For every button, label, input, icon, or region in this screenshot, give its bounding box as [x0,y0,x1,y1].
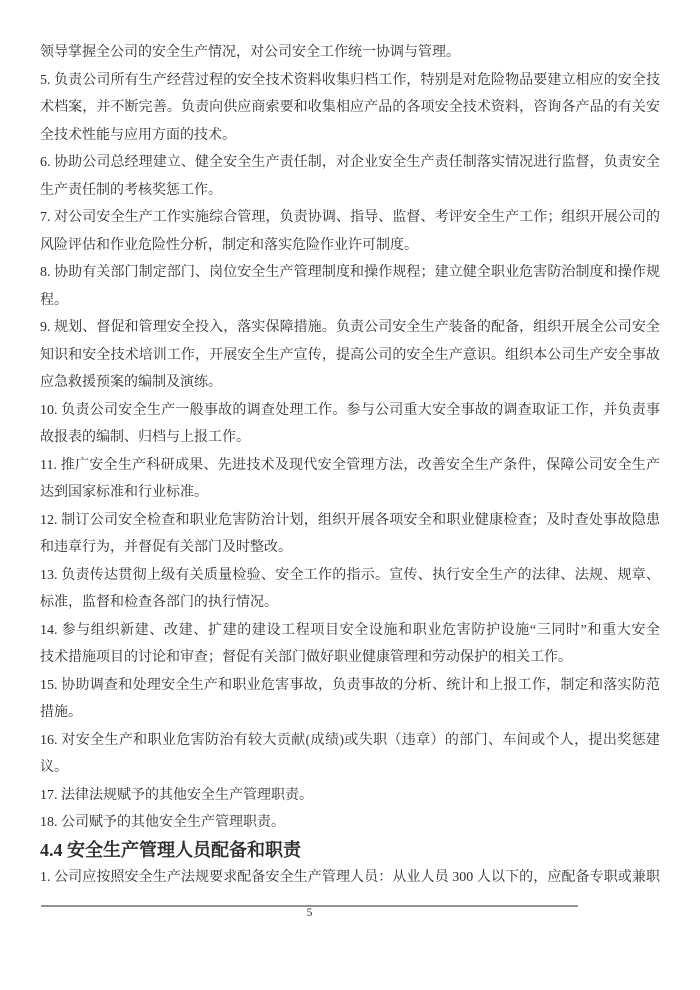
text-line: 6. 协助公司总经理建立、健全安全生产责任制，对企业安全生产责任制落实情况进行监… [40,149,660,177]
text-line: 技术措施项目的讨论和审查；督促有关部门做好职业健康管理和劳动保护的相关工作。 [40,644,660,672]
text-line: 措施。 [40,699,660,727]
text-line: 故报表的编制、归档与上报工作。 [40,424,660,452]
text-line: 标准，监督和检查各部门的执行情况。 [40,589,660,617]
text-line: 知识和安全技术培训工作，开展安全生产宣传，提高公司的安全生产意识。组织本公司生产… [40,342,660,370]
text-line: 8. 协助有关部门制定部门、岗位安全生产管理制度和操作规程；建立健全职业危害防治… [40,259,660,287]
text-line: 11. 推广安全生产科研成果、先进技术及现代安全管理方法，改善安全生产条件，保障… [40,452,660,480]
page-number: 5 [41,906,578,920]
text-line: 风险评估和作业危险性分析，制定和落实危险作业许可制度。 [40,232,660,260]
text-line: 7. 对公司安全生产工作实施综合管理，负责协调、指导、监督、考评安全生产工作；组… [40,204,660,232]
text-line: 议。 [40,754,660,782]
text-line: 5. 负责公司所有生产经营过程的安全技术资料收集归档工作，特别是对危险物品要建立… [40,67,660,95]
text-line: 1. 公司应按照安全生产法规要求配备安全生产管理人员：从业人员 300 人以下的… [40,864,660,892]
text-line: 9. 规划、督促和管理安全投入，落实保障措施。负责公司安全生产装备的配备，组织开… [40,314,660,342]
text-line: 术档案，并不断完善。负责向供应商索要和收集相应产品的各项安全技术资料，咨询各产品… [40,94,660,122]
section-heading: 4.4 安全生产管理人员配备和职责 [40,837,660,865]
document-body: 领导掌握全公司的安全生产情况，对公司安全工作统一协调与管理。5. 负责公司所有生… [40,39,660,892]
text-line: 18. 公司赋予的其他安全生产管理职责。 [40,809,660,837]
document-page: 领导掌握全公司的安全生产情况，对公司安全工作统一协调与管理。5. 负责公司所有生… [0,0,700,990]
text-line: 和违章行为，并督促有关部门及时整改。 [40,534,660,562]
text-line: 应急救援预案的编制及演练。 [40,369,660,397]
text-line: 13. 负责传达贯彻上级有关质量检验、安全工作的指示。宣传、执行安全生产的法律、… [40,562,660,590]
text-line: 14. 参与组织新建、改建、扩建的建设工程项目安全设施和职业危害防护设施“三同时… [40,617,660,645]
text-line: 10. 负责公司安全生产一般事故的调查处理工作。参与公司重大安全事故的调查取证工… [40,397,660,425]
text-line: 生产责任制的考核奖惩工作。 [40,177,660,205]
text-line: 15. 协助调查和处理安全生产和职业危害事故，负责事故的分析、统计和上报工作，制… [40,672,660,700]
text-line: 12. 制订公司安全检查和职业危害防治计划，组织开展各项安全和职业健康检查；及时… [40,507,660,535]
text-line: 17. 法律法规赋予的其他安全生产管理职责。 [40,782,660,810]
text-line: 16. 对安全生产和职业危害防治有较大贡献(成绩)或失职（违章）的部门、车间或个… [40,727,660,755]
text-line: 达到国家标准和行业标准。 [40,479,660,507]
text-line: 全技术性能与应用方面的技术。 [40,122,660,150]
text-line: 程。 [40,287,660,315]
text-line: 领导掌握全公司的安全生产情况，对公司安全工作统一协调与管理。 [40,39,660,67]
